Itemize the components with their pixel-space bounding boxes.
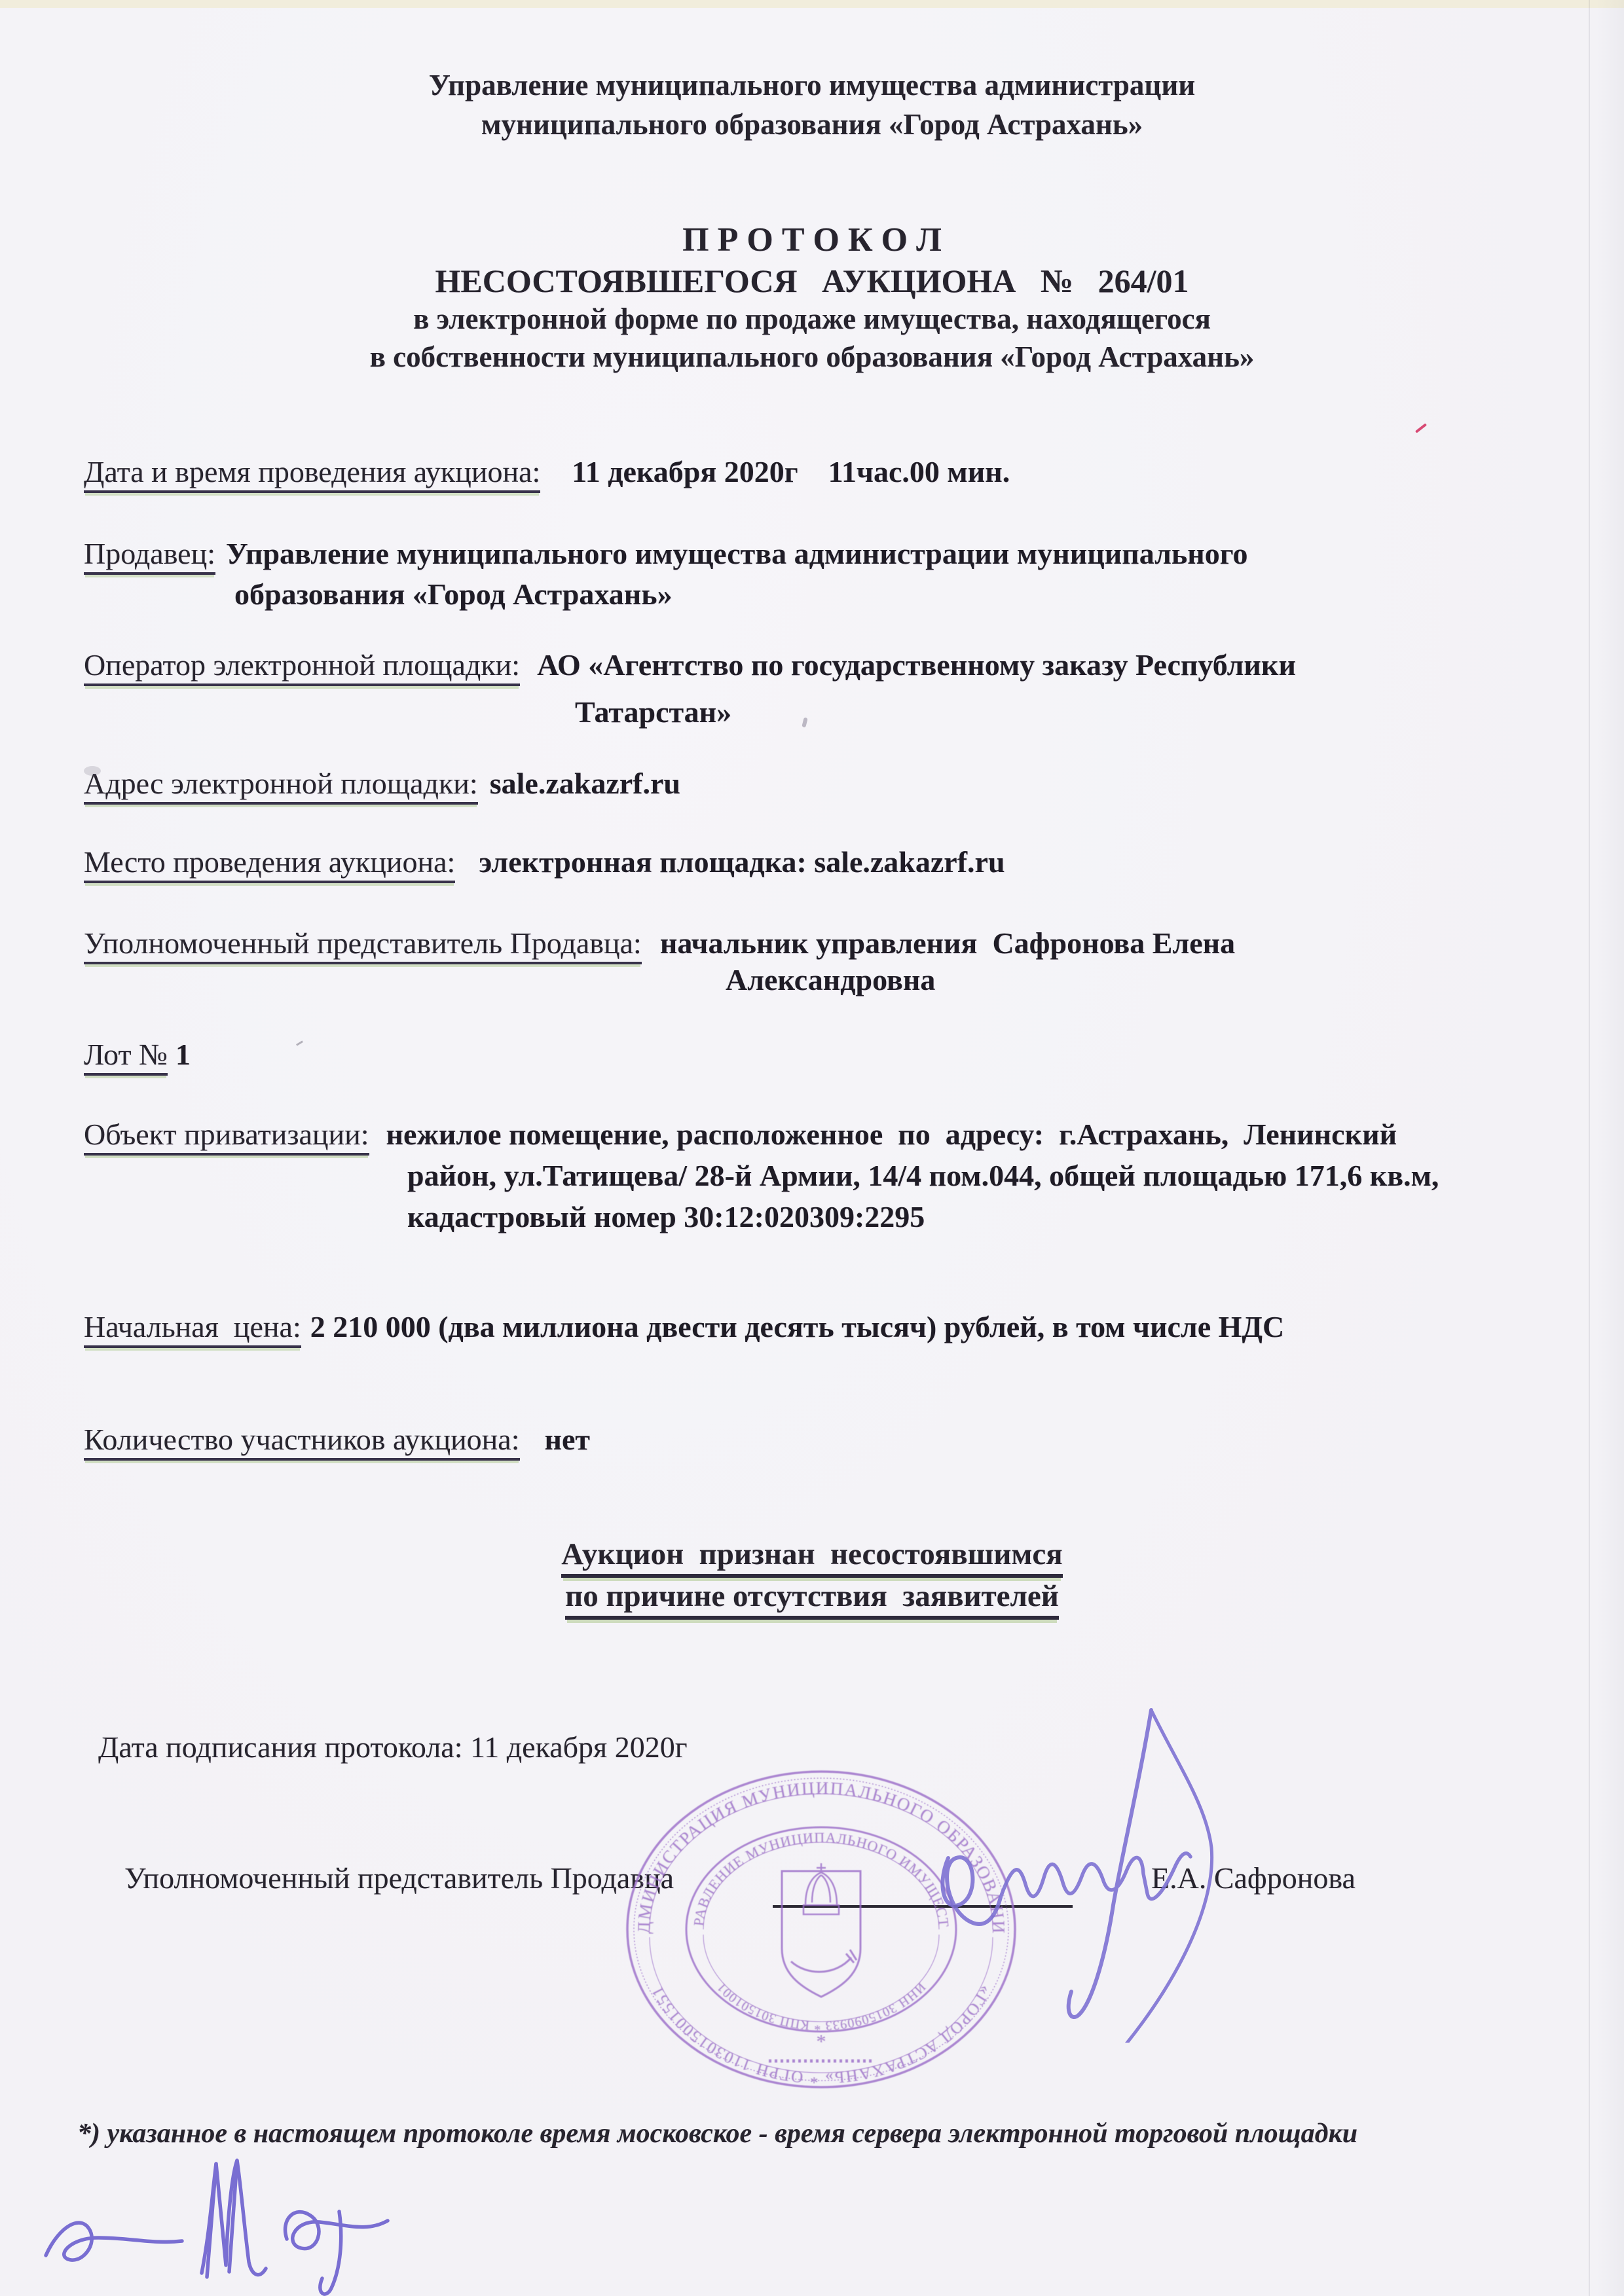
stamp-shield-icon — [782, 1871, 860, 1997]
doc-title-auction-number: НЕСОСТОЯВШЕГОСЯ АУКЦИОНА № 264/01 — [92, 261, 1532, 301]
field-platform-address: Адрес электронной площадки:sale.zakazrf.… — [84, 763, 680, 804]
scan-smudge — [84, 766, 101, 776]
field-seller-label: Продавец: — [84, 537, 215, 575]
field-seller-value-line2: образования «Город Астрахань» — [234, 574, 673, 615]
field-object-label: Объект приватизации: — [84, 1118, 369, 1156]
doc-subtitle: в электронной форме по продаже имущества… — [92, 300, 1532, 376]
field-participants-value: нет — [545, 1423, 591, 1456]
field-object-value-line3: кадастровый номер 30:12:020309:2295 — [407, 1197, 925, 1237]
red-pen-mark — [1415, 423, 1427, 433]
doc-subtitle-line2: в собственности муниципального образован… — [370, 340, 1255, 373]
signer-label: Уполномоченный представитель Продавца — [124, 1858, 674, 1899]
scan-right-edge-shadow — [1596, 0, 1624, 2296]
field-auction-datetime-label: Дата и время проведения аукциона: — [84, 455, 540, 493]
doc-subtitle-line1: в электронной форме по продаже имущества… — [413, 302, 1211, 335]
scanned-protocol-document: Управление муниципального имущества адми… — [0, 0, 1624, 2296]
field-venue: Место проведения аукциона:электронная пл… — [84, 842, 1005, 883]
org-line1: Управление муниципального имущества адми… — [429, 69, 1195, 101]
signing-date: Дата подписания протокола: 11 декабря 20… — [98, 1727, 688, 1768]
field-operator-label: Оператор электронной площадки: — [84, 648, 520, 686]
field-start-price: Начальная цена:2 210 000 (два миллиона д… — [84, 1307, 1284, 1347]
org-header: Управление муниципального имущества адми… — [92, 65, 1532, 144]
field-lot-label: Лот № — [84, 1038, 168, 1076]
field-platform-address-value: sale.zakazrf.ru — [490, 767, 680, 800]
field-lot-number: 1 — [175, 1038, 191, 1071]
field-participants: Количество участников аукциона:нет — [84, 1419, 590, 1460]
field-operator-value-line1: АО «Агентство по государственному заказу… — [537, 648, 1296, 682]
handwritten-scribbles-icon — [20, 2134, 413, 2296]
field-participants-label: Количество участников аукциона: — [84, 1423, 520, 1461]
field-operator-value-line2: Татарстан» — [575, 692, 731, 733]
field-platform-address-label: Адрес электронной площадки: — [84, 767, 478, 805]
field-representative: Уполномоченный представитель Продавца:на… — [84, 923, 1235, 964]
doc-title-protocol: П Р О Т О К О Л — [92, 220, 1532, 261]
field-seller: Продавец:Управление муниципального имуще… — [84, 534, 1248, 574]
field-venue-value: электронная площадка: sale.zakazrf.ru — [479, 845, 1005, 879]
result-statement: Аукцион признан несостоявшимсяпо причине… — [92, 1533, 1532, 1617]
signature-ink-icon — [891, 1689, 1261, 2043]
scan-speck-near-lot — [296, 1040, 303, 1046]
field-operator: Оператор электронной площадки:АО «Агентс… — [84, 645, 1296, 685]
field-lot: Лот №1 — [84, 1034, 191, 1075]
stamp-center-asterisk: * — [817, 2031, 826, 2052]
scan-right-edge-line — [1589, 0, 1590, 2296]
stamp-sabre-icon — [791, 1950, 857, 1972]
field-start-price-value: 2 210 000 (два миллиона двести десять ты… — [310, 1310, 1285, 1343]
field-auction-datetime: Дата и время проведения аукциона:11 дека… — [84, 452, 1010, 492]
field-venue-label: Место проведения аукциона: — [84, 845, 455, 883]
field-object-value-line1: нежилое помещение, расположенное по адре… — [386, 1118, 1397, 1151]
field-object: Объект приватизации:нежилое помещение, р… — [84, 1114, 1397, 1155]
result-line1: Аукцион признан несостоявшимся — [561, 1537, 1062, 1578]
field-representative-label: Уполномоченный представитель Продавца: — [84, 926, 642, 964]
field-representative-value-line2: Александровна — [726, 960, 935, 1000]
field-seller-value-line1: Управление муниципального имущества адми… — [226, 537, 1248, 570]
field-auction-datetime-value: 11 декабря 2020г 11час.00 мин. — [572, 455, 1010, 488]
scan-speck-near-tatarstan — [802, 717, 807, 727]
field-representative-value-line1: начальник управления Сафронова Елена — [660, 926, 1235, 960]
field-object-value-line2: район, ул.Татищева/ 28-й Армии, 14/4 пом… — [407, 1156, 1439, 1196]
scan-top-edge-artifact — [0, 0, 1624, 8]
field-start-price-label: Начальная цена: — [84, 1310, 301, 1348]
result-line2: по причине отсутствия заявителей — [565, 1579, 1059, 1620]
org-line2: муниципального образования «Город Астрах… — [481, 108, 1143, 141]
